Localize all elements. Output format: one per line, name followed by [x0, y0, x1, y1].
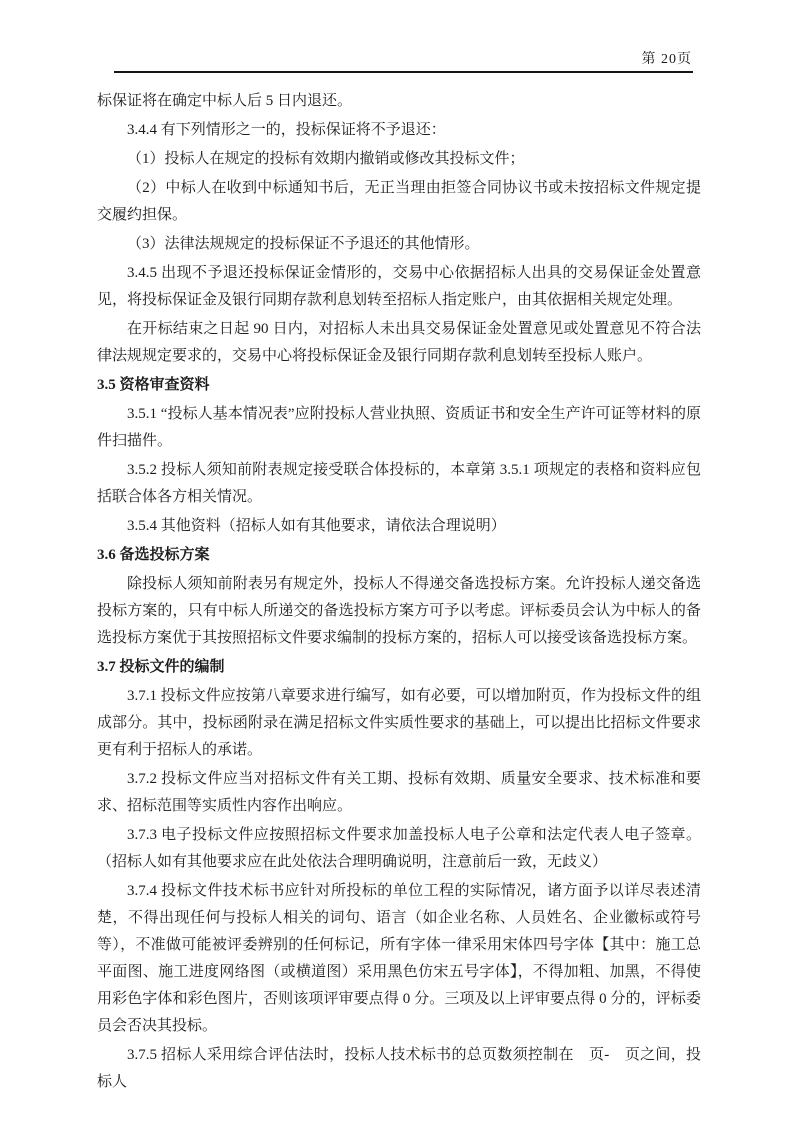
clause-3-7-3: 3.7.3 电子投标文件应按照招标文件要求加盖投标人电子公章和法定代表人电子签章…	[97, 822, 701, 876]
document-body: 标保证将在确定中标人后 5 日内退还。 3.4.4 有下列情形之一的，投标保证将…	[97, 88, 701, 1098]
clause-3-4-5: 3.4.5 出现不予退还投标保证金情形的，交易中心依据招标人出具的交易保证金处置…	[97, 260, 701, 314]
clause-3-4-5-paragraph-2: 在开标结束之日起 90 日内，对招标人未出具交易保证金处置意见或处置意见不符合法…	[97, 316, 701, 370]
clause-3-7-1: 3.7.1 投标文件应按第八章要求进行编写，如有必要，可以增加附页，作为投标文件…	[97, 683, 701, 764]
clause-3-5-4: 3.5.4 其他资料（招标人如有其他要求，请依法合理说明）	[97, 513, 701, 540]
document-page: 第 20页 标保证将在确定中标人后 5 日内退还。 3.4.4 有下列情形之一的…	[0, 0, 793, 1122]
clause-3-4-3-continuation: 标保证将在确定中标人后 5 日内退还。	[97, 88, 701, 115]
clause-3-4-4: 3.4.4 有下列情形之一的，投标保证将不予退还：	[97, 117, 701, 144]
section-heading-3-5: 3.5 资格审查资料	[97, 372, 701, 399]
clause-3-5-2: 3.5.2 投标人须知前附表规定接受联合体投标的，本章第 3.5.1 项规定的表…	[97, 457, 701, 511]
clause-3-4-4-item-3: （3）法律法规规定的投标保证不予退还的其他情形。	[97, 231, 701, 258]
page-header: 第 20页	[114, 50, 693, 73]
page-number-label: 第 20页	[641, 50, 694, 73]
clause-3-7-5: 3.7.5 招标人采用综合评估法时，投标人技术标书的总页数须控制在 页- 页之间…	[97, 1042, 701, 1096]
section-heading-3-6: 3.6 备选投标方案	[97, 542, 701, 569]
clause-3-6-body: 除投标人须知前附表另有规定外，投标人不得递交备选投标方案。允许投标人递交备选投标…	[97, 571, 701, 652]
clause-3-5-1: 3.5.1 “投标人基本情况表”应附投标人营业执照、资质证书和安全生产许可证等材…	[97, 401, 701, 455]
clause-3-7-4: 3.7.4 投标文件技术标书应针对所投标的单位工程的实际情况，诸方面予以详尽表述…	[97, 878, 701, 1040]
clause-3-7-2: 3.7.2 投标文件应当对招标文件有关工期、投标有效期、质量安全要求、技术标准和…	[97, 766, 701, 820]
section-heading-3-7: 3.7 投标文件的编制	[97, 654, 701, 681]
clause-3-4-4-item-2: （2）中标人在收到中标通知书后，无正当理由拒签合同协议书或未按招标文件规定提交履…	[97, 175, 701, 229]
clause-3-4-4-item-1: （1）投标人在规定的投标有效期内撤销或修改其投标文件；	[97, 146, 701, 173]
